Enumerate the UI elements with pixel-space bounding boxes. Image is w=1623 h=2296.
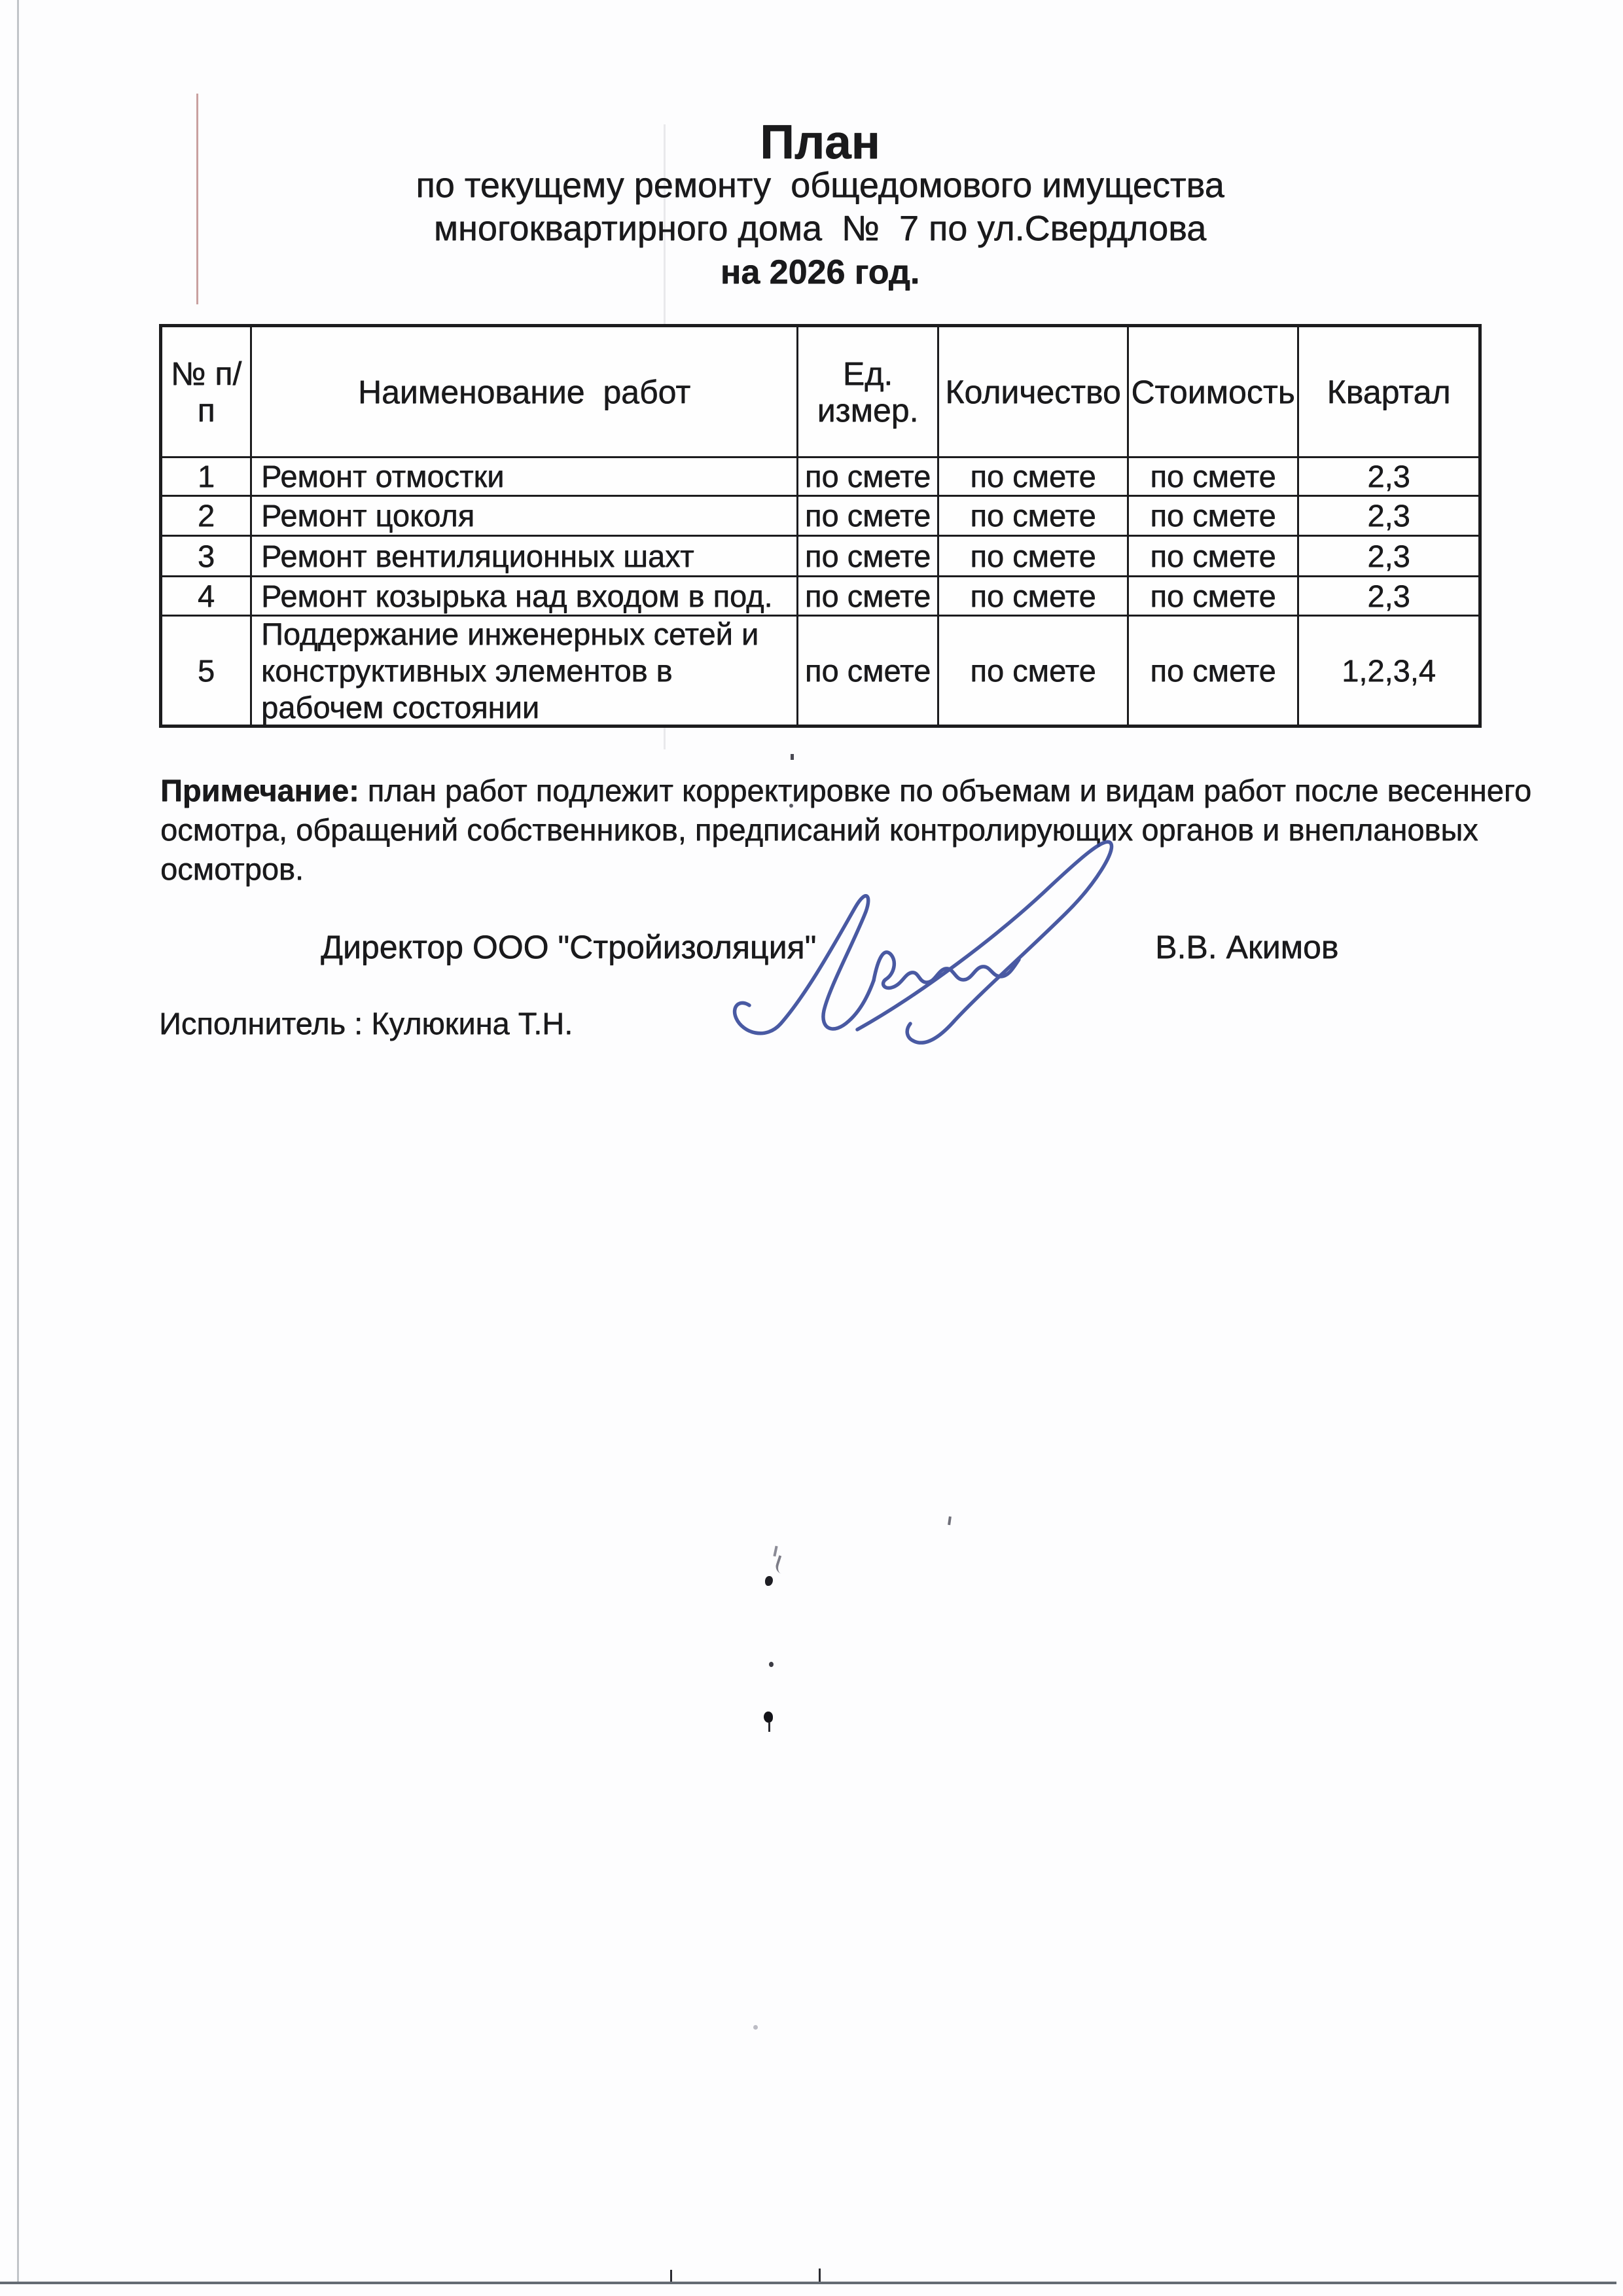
paper-left-edge (17, 0, 19, 2282)
row-cost: по смете (1129, 497, 1299, 537)
row-quantity: по смете (939, 497, 1129, 537)
ink-speck (764, 1712, 773, 1723)
director-name: В.В. Акимов (1155, 928, 1338, 966)
note-line-1: Примечание: план работ подлежит корректи… (160, 772, 1531, 808)
executor-line: Исполнитель : Кулюкина Т.Н. (159, 1005, 573, 1041)
repair-plan-table: № п/п Наименование работ Ед. измер. Коли… (159, 324, 1482, 728)
ink-speck (768, 1723, 770, 1732)
row-work-name: Ремонт цоколя (252, 497, 798, 537)
row-num: 3 (162, 537, 252, 577)
column-header-cost: Стоимость (1129, 327, 1299, 458)
row-work-name: Ремонт вентиляционных шахт (252, 537, 798, 577)
row-unit: по смете (798, 537, 939, 577)
row-work-name: Ремонт козырька над входом в под. (252, 577, 798, 617)
document-subtitle-line2: многоквартирного дома № 7 по ул.Свердлов… (9, 208, 1623, 249)
ink-speck (769, 1662, 774, 1667)
row-cost: по смете (1129, 458, 1299, 497)
row-work-name: Ремонт отмостки (252, 458, 798, 497)
note-text-1: план работ подлежит корректировке по объ… (359, 773, 1531, 808)
ink-speck (670, 2270, 672, 2282)
row-quarter: 2,3 (1299, 577, 1478, 617)
row-cost: по смете (1129, 537, 1299, 577)
column-header-quantity: Количество (939, 327, 1129, 458)
row-num: 5 (162, 617, 252, 725)
row-unit: по смете (798, 497, 939, 537)
row-cost: по смете (1129, 617, 1299, 725)
row-num: 2 (162, 497, 252, 537)
row-unit: по смете (798, 458, 939, 497)
document-subtitle-line1: по текущему ремонту общедомового имущест… (9, 165, 1623, 206)
column-header-num: № п/п (162, 327, 252, 458)
note-label: Примечание: (160, 773, 359, 808)
ink-speck (753, 2025, 758, 2030)
row-quarter: 2,3 (1299, 497, 1478, 537)
row-work-name: Поддержание инженерных сетей и конструкт… (252, 617, 798, 725)
column-header-work-name: Наименование работ (252, 327, 798, 458)
ink-speck (774, 1555, 789, 1575)
row-cost: по смете (1129, 577, 1299, 617)
paper-bottom-edge (0, 2282, 1616, 2284)
row-num: 1 (162, 458, 252, 497)
column-header-unit: Ед. измер. (798, 327, 939, 458)
document-title: План (9, 115, 1623, 170)
row-quantity: по смете (939, 458, 1129, 497)
document-year-line: на 2026 год. (9, 253, 1623, 292)
row-quantity: по смете (939, 537, 1129, 577)
ink-speck (773, 1546, 777, 1556)
note-line-3: осмотров. (160, 851, 304, 887)
row-quarter: 2,3 (1299, 458, 1478, 497)
ink-speck (819, 2269, 821, 2282)
row-unit: по смете (798, 617, 939, 725)
row-quantity: по смете (939, 617, 1129, 725)
ink-speck (765, 1576, 773, 1586)
row-num: 4 (162, 577, 252, 617)
row-quantity: по смете (939, 577, 1129, 617)
row-quarter: 1,2,3,4 (1299, 617, 1478, 725)
column-header-quarter: Квартал (1299, 327, 1478, 458)
row-unit: по смете (798, 577, 939, 617)
row-quarter: 2,3 (1299, 537, 1478, 577)
ink-speck (948, 1516, 952, 1525)
signature (710, 823, 1129, 1052)
ink-speck (791, 754, 794, 760)
